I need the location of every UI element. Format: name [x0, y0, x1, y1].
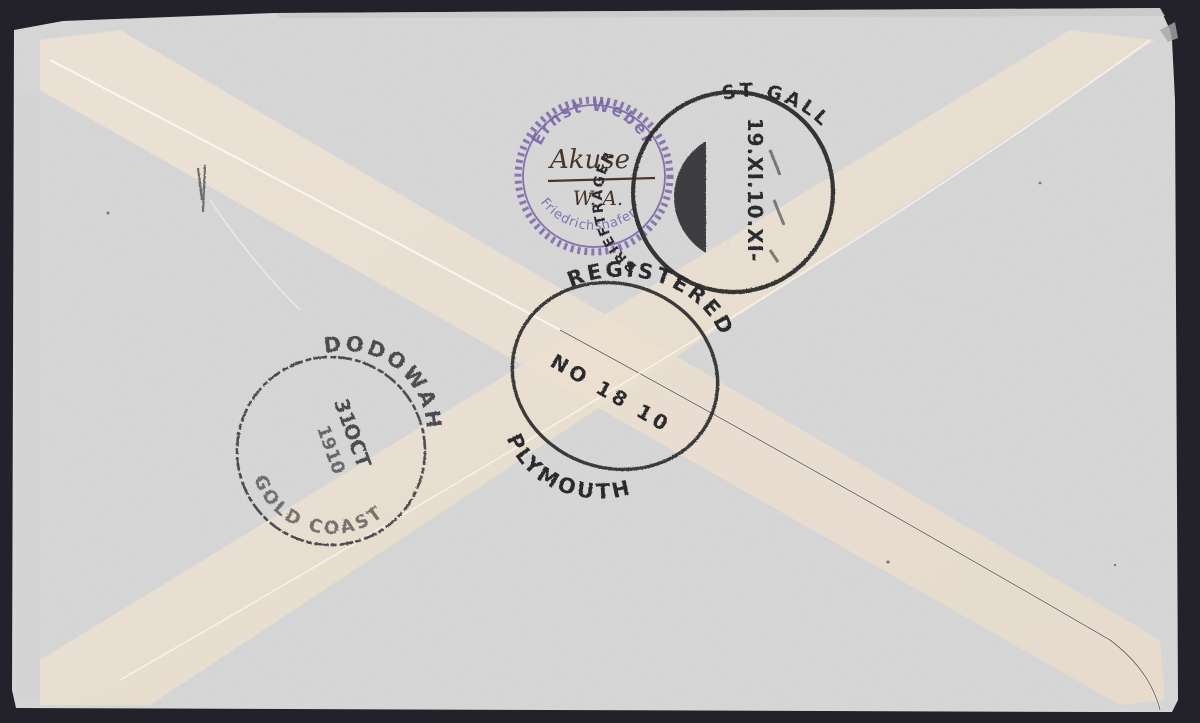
handwritten-destination: Akuse — [548, 145, 630, 175]
st-gall-date: 19.XI.10.XI- — [743, 118, 767, 262]
envelope-back-photo: Ernst Weber Friedrichshafen Akuse W. A. … — [0, 0, 1200, 723]
